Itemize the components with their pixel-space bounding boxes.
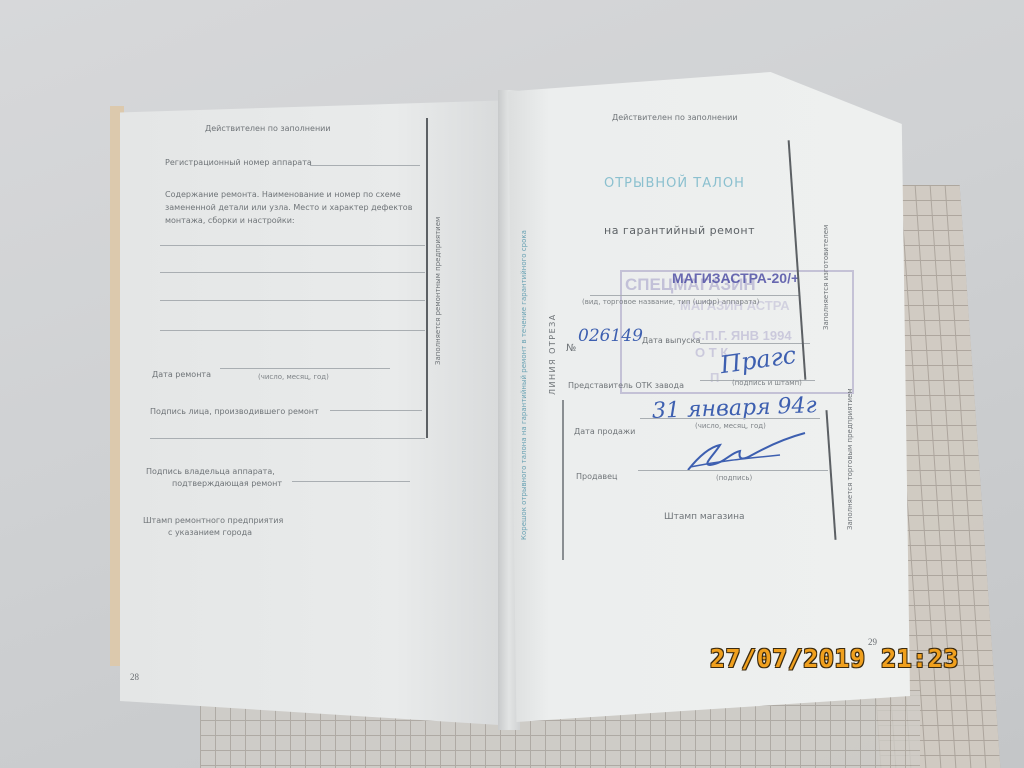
repairer-signature-label: Подпись лица, производившего ремонт <box>150 407 319 416</box>
repairer-signature-field[interactable] <box>330 410 422 411</box>
owner-signature-label-2: подтверждающая ремонт <box>172 479 282 488</box>
camera-timestamp: 27/07/2019 21:23 <box>710 644 959 673</box>
left-page-header: Действителен по заполнении <box>205 124 331 133</box>
owner-signature-label-1: Подпись владельца аппарата, <box>146 467 275 476</box>
device-name-hint: (вид, торговое название, тип (шифр) аппа… <box>582 298 759 306</box>
left-page-vertical-rule <box>426 118 428 438</box>
registration-number-label: Регистрационный номер аппарата <box>165 158 312 167</box>
release-date-label: Дата выпуска <box>642 336 700 345</box>
repair-content-line-3[interactable] <box>160 300 425 301</box>
coupon-subtitle: на гарантийный ремонт <box>604 224 755 237</box>
repair-date-field[interactable] <box>220 368 390 369</box>
cut-line <box>562 400 564 560</box>
left-page-number: 28 <box>130 672 139 682</box>
repair-content-line-4[interactable] <box>160 330 425 331</box>
seller-label: Продавец <box>576 472 618 481</box>
repair-content-line-2[interactable] <box>160 272 425 273</box>
repair-date-label: Дата ремонта <box>152 370 211 379</box>
repairer-signature-line-2[interactable] <box>150 438 425 439</box>
manufacturer-side-note: Заполняется изготовителем <box>822 180 830 330</box>
repair-content-line-1[interactable] <box>160 245 425 246</box>
right-page-header: Действителен по заполнении <box>612 113 738 122</box>
stamp-line-3: С.П.Г. ЯНВ 1994 <box>692 328 792 343</box>
seller-hint: (подпись) <box>716 474 752 482</box>
registration-number-field[interactable] <box>310 165 420 166</box>
trade-side-note: Заполняется торговым предприятием <box>846 420 854 530</box>
serial-number-label: № <box>566 343 576 354</box>
seller-signature <box>680 425 810 475</box>
stamp-line-5: П <box>710 370 719 385</box>
qc-hint: (подпись и штамп) <box>732 379 802 387</box>
repair-date-hint: (число, месяц, год) <box>258 373 329 381</box>
seller-signature-field[interactable] <box>638 470 828 471</box>
left-page-side-note: Заполняется ремонтным предприятием <box>434 185 442 365</box>
sale-date-field[interactable] <box>640 418 820 419</box>
sale-date-label: Дата продажи <box>574 427 635 436</box>
qc-representative-label: Представитель ОТК завода <box>568 381 684 390</box>
cut-line-label: ЛИНИЯ ОТРЕЗА <box>548 285 557 395</box>
repair-stamp-label-2: с указанием города <box>168 528 252 537</box>
stamp-handwritten-store: МАГИЗАСТРА-20/+ <box>672 270 799 286</box>
serial-number-value: 026149 <box>578 326 643 346</box>
device-name-field[interactable] <box>590 295 800 296</box>
owner-signature-field[interactable] <box>292 481 410 482</box>
repair-stamp-label-1: Штамп ремонтного предприятия <box>143 516 283 525</box>
coupon-title: ОТРЫВНОЙ ТАЛОН <box>604 176 745 191</box>
shop-stamp-label: Штамп магазина <box>664 512 745 522</box>
spine-note: Корешок отрывного талона на гарантийный … <box>520 140 528 540</box>
